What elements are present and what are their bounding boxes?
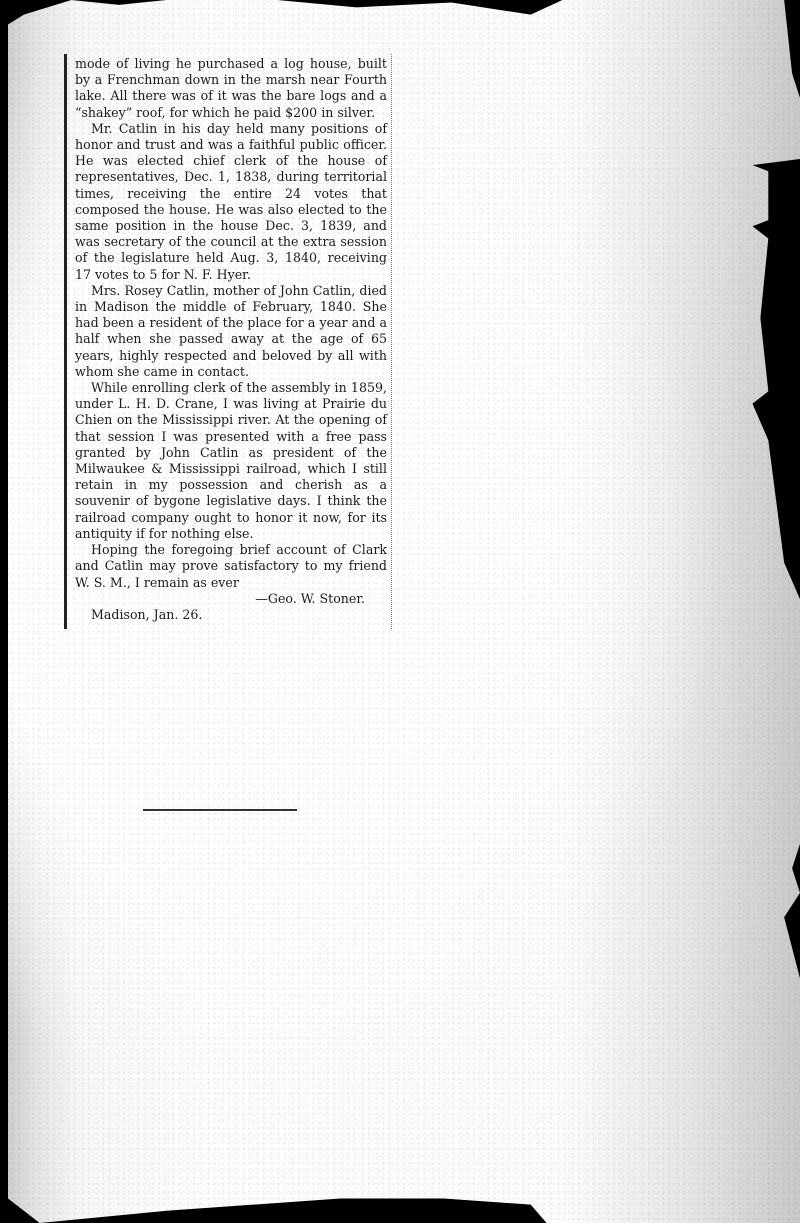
paragraph-rosey-catlin: Mrs. Rosey Catlin, mother of John Catlin… <box>75 283 387 380</box>
paragraph-free-pass: While enrolling clerk of the assembly in… <box>75 380 387 542</box>
paragraph-catlin-offices: Mr. Catlin in his day held many position… <box>75 121 387 283</box>
newspaper-clipping: mode of living he purchased a log house,… <box>64 54 392 629</box>
end-rule <box>143 809 297 811</box>
dateline: Madison, Jan. 26. <box>75 607 387 623</box>
paragraph-closing: Hoping the foregoing brief account of Cl… <box>75 542 387 591</box>
paragraph-log-house: mode of living he purchased a log house,… <box>75 56 387 121</box>
signature: —Geo. W. Stoner. <box>75 591 387 607</box>
